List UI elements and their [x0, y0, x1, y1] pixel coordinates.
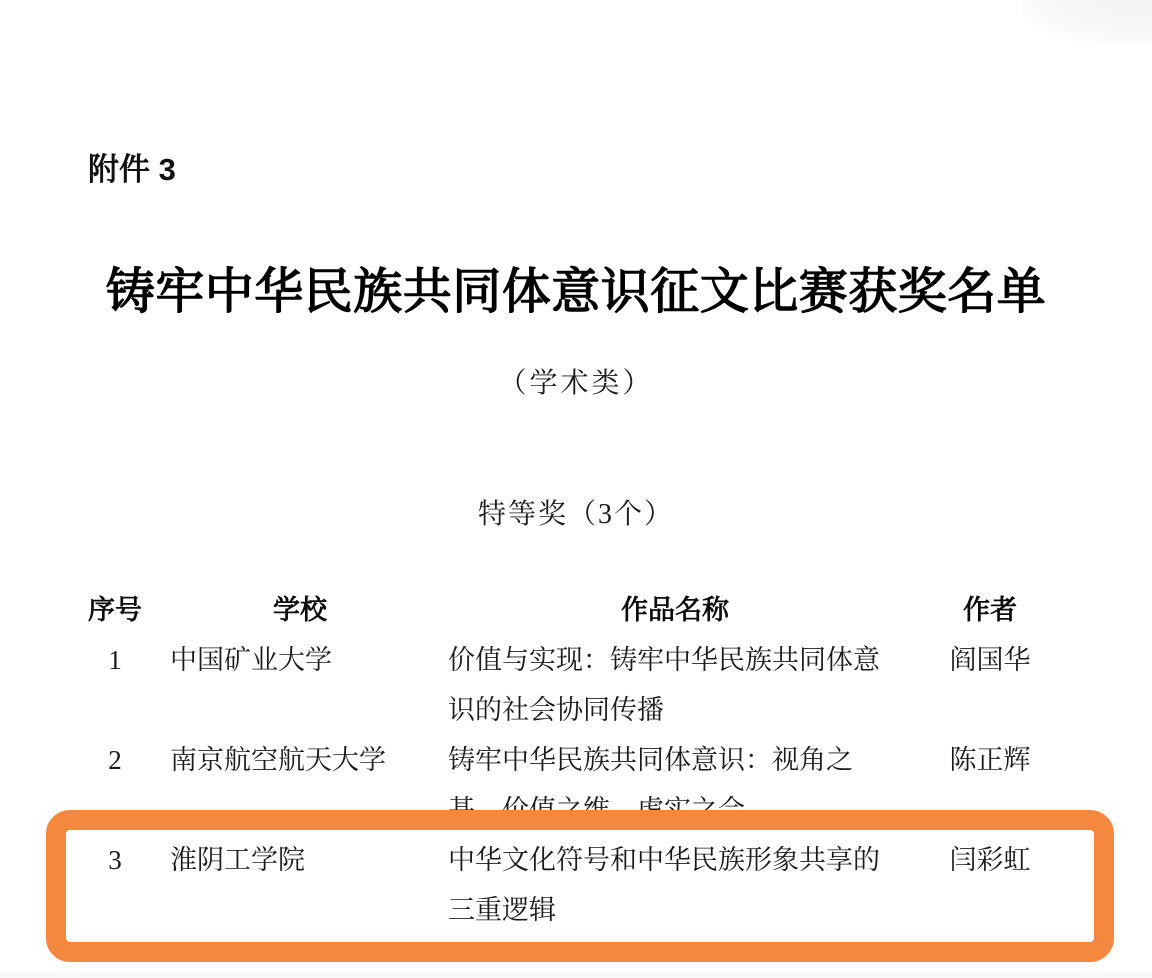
- row-work: 价值与实现：铸牢中华民族共同体意识的社会协同传播: [445, 635, 905, 735]
- section-heading: 特等奖（3个）: [0, 492, 1152, 532]
- row-work: 中华文化符号和中华民族形象共享的三重逻辑: [445, 835, 905, 935]
- col-header-no: 序号: [75, 585, 155, 635]
- row-author: 闫彩虹: [905, 835, 1075, 935]
- row-school: 中国矿业大学: [155, 635, 445, 735]
- row-work: 铸牢中华民族共同体意识：视角之基、价值之维、虚实之合: [445, 735, 905, 835]
- row-number: 2: [75, 735, 155, 835]
- row-author: 陈正辉: [905, 735, 1075, 835]
- awards-table: 序号 学校 作品名称 作者 1 中国矿业大学 价值与实现：铸牢中华民族共同体意识…: [75, 585, 1075, 935]
- bottom-page-edge: [0, 971, 1152, 978]
- col-header-work: 作品名称: [445, 585, 905, 635]
- page-subtitle: （学术类）: [0, 361, 1152, 401]
- page-corner-shade: [1022, 0, 1152, 44]
- row-author: 阎国华: [905, 635, 1075, 735]
- row-number: 1: [75, 635, 155, 735]
- page-title: 铸牢中华民族共同体意识征文比赛获奖名单: [0, 253, 1152, 323]
- col-header-school: 学校: [155, 585, 445, 635]
- col-header-author: 作者: [905, 585, 1075, 635]
- attachment-label: 附件 3: [88, 144, 176, 189]
- row-school: 南京航空航天大学: [155, 735, 445, 835]
- row-number: 3: [75, 835, 155, 935]
- row-school: 淮阴工学院: [155, 835, 445, 935]
